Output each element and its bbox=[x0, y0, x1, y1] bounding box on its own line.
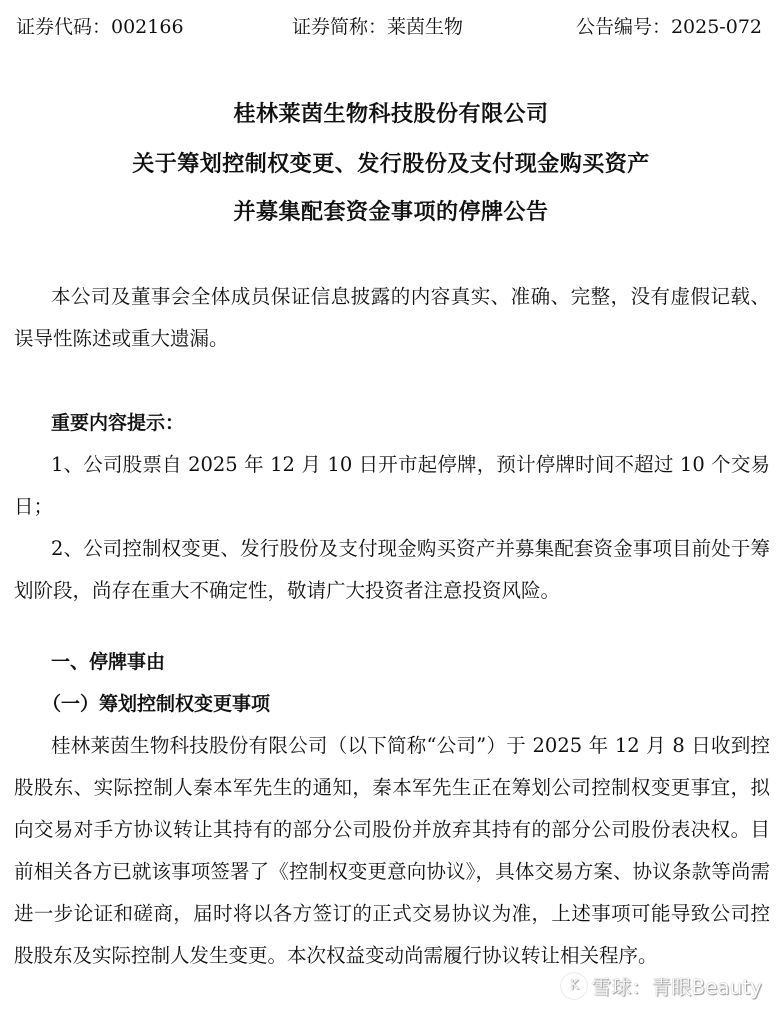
subsection-1-heading: （一）筹划控制权变更事项 bbox=[42, 683, 770, 725]
disclosure-statement: 本公司及董事会全体成员保证信息披露的内容真实、准确、完整，没有虚假记载、误导性陈… bbox=[14, 276, 770, 360]
title-line-3: 并募集配套资金事项的停牌公告 bbox=[0, 195, 782, 226]
highlights-heading: 重要内容提示： bbox=[14, 402, 770, 444]
title-line-2: 关于筹划控制权变更、发行股份及支付现金购买资产 bbox=[0, 147, 782, 178]
title-company: 桂林莱茵生物科技股份有限公司 bbox=[0, 97, 782, 128]
watermark: K 雪球：青眼Beauty bbox=[561, 971, 762, 1000]
announcement-number: 公告编号：2025-072 bbox=[576, 12, 762, 39]
stock-abbreviation: 证券简称：莱茵生物 bbox=[292, 12, 463, 39]
watermark-text: 雪球：青眼Beauty bbox=[591, 971, 762, 1000]
section-1-heading: 一、停牌事由 bbox=[14, 641, 770, 683]
highlight-item-1: 1、公司股票自 2025 年 12 月 10 日开市起停牌，预计停牌时间不超过 … bbox=[14, 444, 770, 528]
highlight-item-2: 2、公司控制权变更、发行股份及支付现金购买资产并募集配套资金事项目前处于筹划阶段… bbox=[14, 528, 770, 612]
subsection-1-body: 桂林莱茵生物科技股份有限公司（以下简称“公司”）于 2025 年 12 月 8 … bbox=[14, 725, 770, 977]
document-header: 证券代码：002166 证券简称：莱茵生物 公告编号：2025-072 bbox=[0, 12, 782, 42]
snowball-logo-icon: K bbox=[561, 973, 587, 999]
stock-code: 证券代码：002166 bbox=[16, 12, 184, 39]
